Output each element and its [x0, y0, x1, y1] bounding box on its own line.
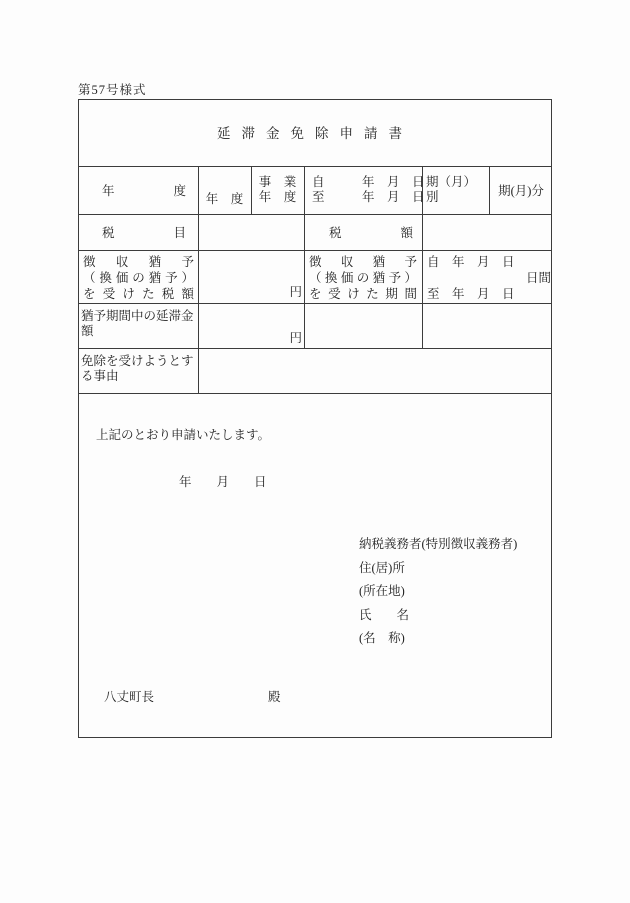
form-title: 延滞金免除申請書 — [79, 122, 551, 142]
exemption-reason-line: 免除を受けようとす — [81, 354, 196, 369]
mayor-line: 八丈町長殿 — [104, 689, 281, 705]
deferral-period-days: 日間 — [422, 270, 553, 286]
late-fee-value-cell: 円 — [198, 303, 304, 348]
deferral-period-from: 自 年 月 日 — [422, 254, 553, 270]
tax-item-label-cell: 税 目 — [79, 214, 198, 250]
form-number: 第57号様式 — [78, 80, 147, 98]
business-year-line: 年 度 — [259, 190, 297, 205]
tax-amount-label-cell: 税 額 — [304, 214, 422, 250]
exemption-reason-value-cell — [198, 348, 553, 393]
deferral-period-value-cell: 自 年 月 日 日間 至 年 月 日 — [422, 250, 553, 303]
deferral-amount-value-cell: 円 — [198, 250, 304, 303]
late-fee-label-line: 猶予期間中の延滞金 — [81, 309, 196, 324]
collection-deferral-amount-label-cell: 徴収猶予 （換価の猶予） を受けた税額 — [79, 250, 198, 303]
period-from-line: 自 年 月 日 — [312, 175, 422, 190]
date-line: 年 月 日 — [179, 474, 267, 490]
deferral-label-line: （換価の猶予） — [83, 270, 194, 286]
period-month-bun-cell: 期(月)分 — [489, 166, 553, 214]
deferral-period-label-line: （換価の猶予） — [309, 270, 417, 286]
deferral-period-to: 至 年 月 日 — [422, 286, 553, 302]
period-date-cell: 自 年 月 日 至 年 月 日 — [304, 166, 422, 214]
fiscal-year-sub-cell: 年 度 — [198, 166, 251, 214]
tax-amount-char: 税 — [329, 223, 342, 241]
tax-amount-value-cell — [422, 214, 553, 250]
period-month-cell: 期（月） 別 — [422, 166, 489, 214]
collection-deferral-period-label-cell: 徴収猶予 （換価の猶予） を受けた期間 — [304, 250, 422, 303]
period-month-line: 期（月） — [426, 175, 489, 190]
period-month-line: 別 — [426, 190, 489, 205]
form-sheet: 延滞金免除申請書 年 度 年 度 事 業 年 度 自 年 月 日 至 年 月 日… — [78, 99, 552, 738]
yen-unit-label: 円 — [289, 328, 302, 346]
business-year-cell: 事 業 年 度 — [251, 166, 304, 214]
dono-label: 殿 — [268, 689, 281, 705]
fiscal-year-char: 度 — [173, 181, 186, 199]
taxpayer-info-block: 納税義務者(特別徴収義務者) 住(居)所 (所在地) 氏 名 (名 称) — [359, 533, 517, 651]
tax-item-char: 税 — [102, 223, 115, 241]
business-year-line: 事 業 — [259, 175, 297, 190]
tax-item-char: 目 — [173, 223, 186, 241]
address-label: 住(居)所 — [359, 557, 517, 581]
grid-hline — [79, 393, 551, 394]
declaration-text: 上記のとおり申請いたします。 — [96, 427, 270, 443]
late-fee-extra-cell — [422, 303, 553, 348]
deferral-period-label-line: を受けた期間 — [309, 286, 417, 302]
taxpayer-label: 納税義務者(特別徴収義務者) — [359, 533, 517, 557]
alt-name-label: (名 称) — [359, 627, 517, 651]
period-to-line: 至 年 月 日 — [312, 190, 422, 205]
tax-amount-char: 額 — [400, 223, 413, 241]
name-label: 氏 名 — [359, 604, 517, 628]
deferral-label-line: 徴収猶予 — [83, 254, 194, 270]
exemption-reason-label-cell: 免除を受けようとす る事由 — [79, 348, 198, 393]
exemption-reason-line: る事由 — [81, 369, 196, 384]
tax-item-value-cell — [198, 214, 304, 250]
late-fee-label-line: 額 — [81, 324, 196, 339]
deferral-period-label-line: 徴収猶予 — [309, 254, 417, 270]
deferral-late-fee-label-cell: 猶予期間中の延滞金 額 — [79, 303, 198, 348]
location-label: (所在地) — [359, 580, 517, 604]
late-fee-extra-cell — [304, 303, 422, 348]
deferral-label-line: を受けた税額 — [83, 286, 194, 302]
mayor-label: 八丈町長 — [104, 690, 154, 704]
yen-unit-label: 円 — [289, 282, 302, 300]
fiscal-year-char: 年 — [102, 181, 115, 199]
fiscal-year-header-cell: 年 度 — [79, 166, 198, 214]
